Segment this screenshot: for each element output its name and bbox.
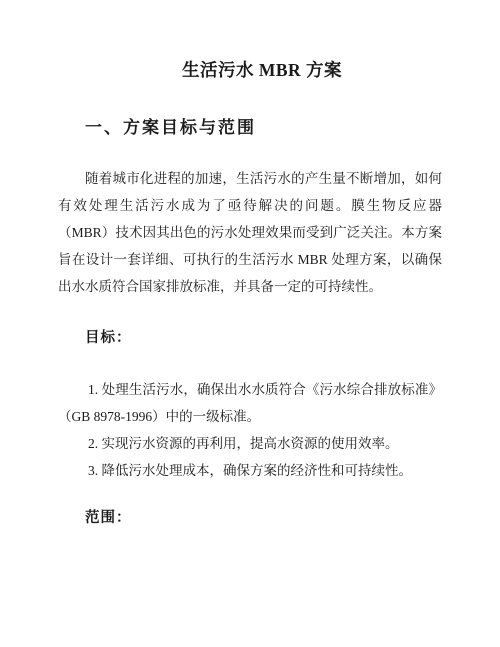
document-title: 生活污水 MBR 方案 <box>24 58 500 82</box>
intro-paragraph: 随着城市化进程的加速，生活污水的产生量不断增加，如何有效处理生活污水成为了亟待解… <box>58 165 442 300</box>
document-page: 生活污水 MBR 方案 一、方案目标与范围 随着城市化进程的加速，生活污水的产生… <box>0 0 500 647</box>
goal-item-2: 2. 实现污水资源的再利用，提高水资源的使用效率。 <box>58 430 442 457</box>
goals-label: 目标： <box>85 328 500 348</box>
section-heading: 一、方案目标与范围 <box>85 116 500 140</box>
scope-label: 范围： <box>85 508 500 528</box>
goal-item-1: 1. 处理生活污水，确保出水水质符合《污水综合排放标准》（GB 8978-199… <box>58 376 442 430</box>
goal-item-3: 3. 降低污水处理成本，确保方案的经济性和可持续性。 <box>58 457 442 484</box>
goals-list: 1. 处理生活污水，确保出水水质符合《污水综合排放标准》（GB 8978-199… <box>0 376 500 484</box>
